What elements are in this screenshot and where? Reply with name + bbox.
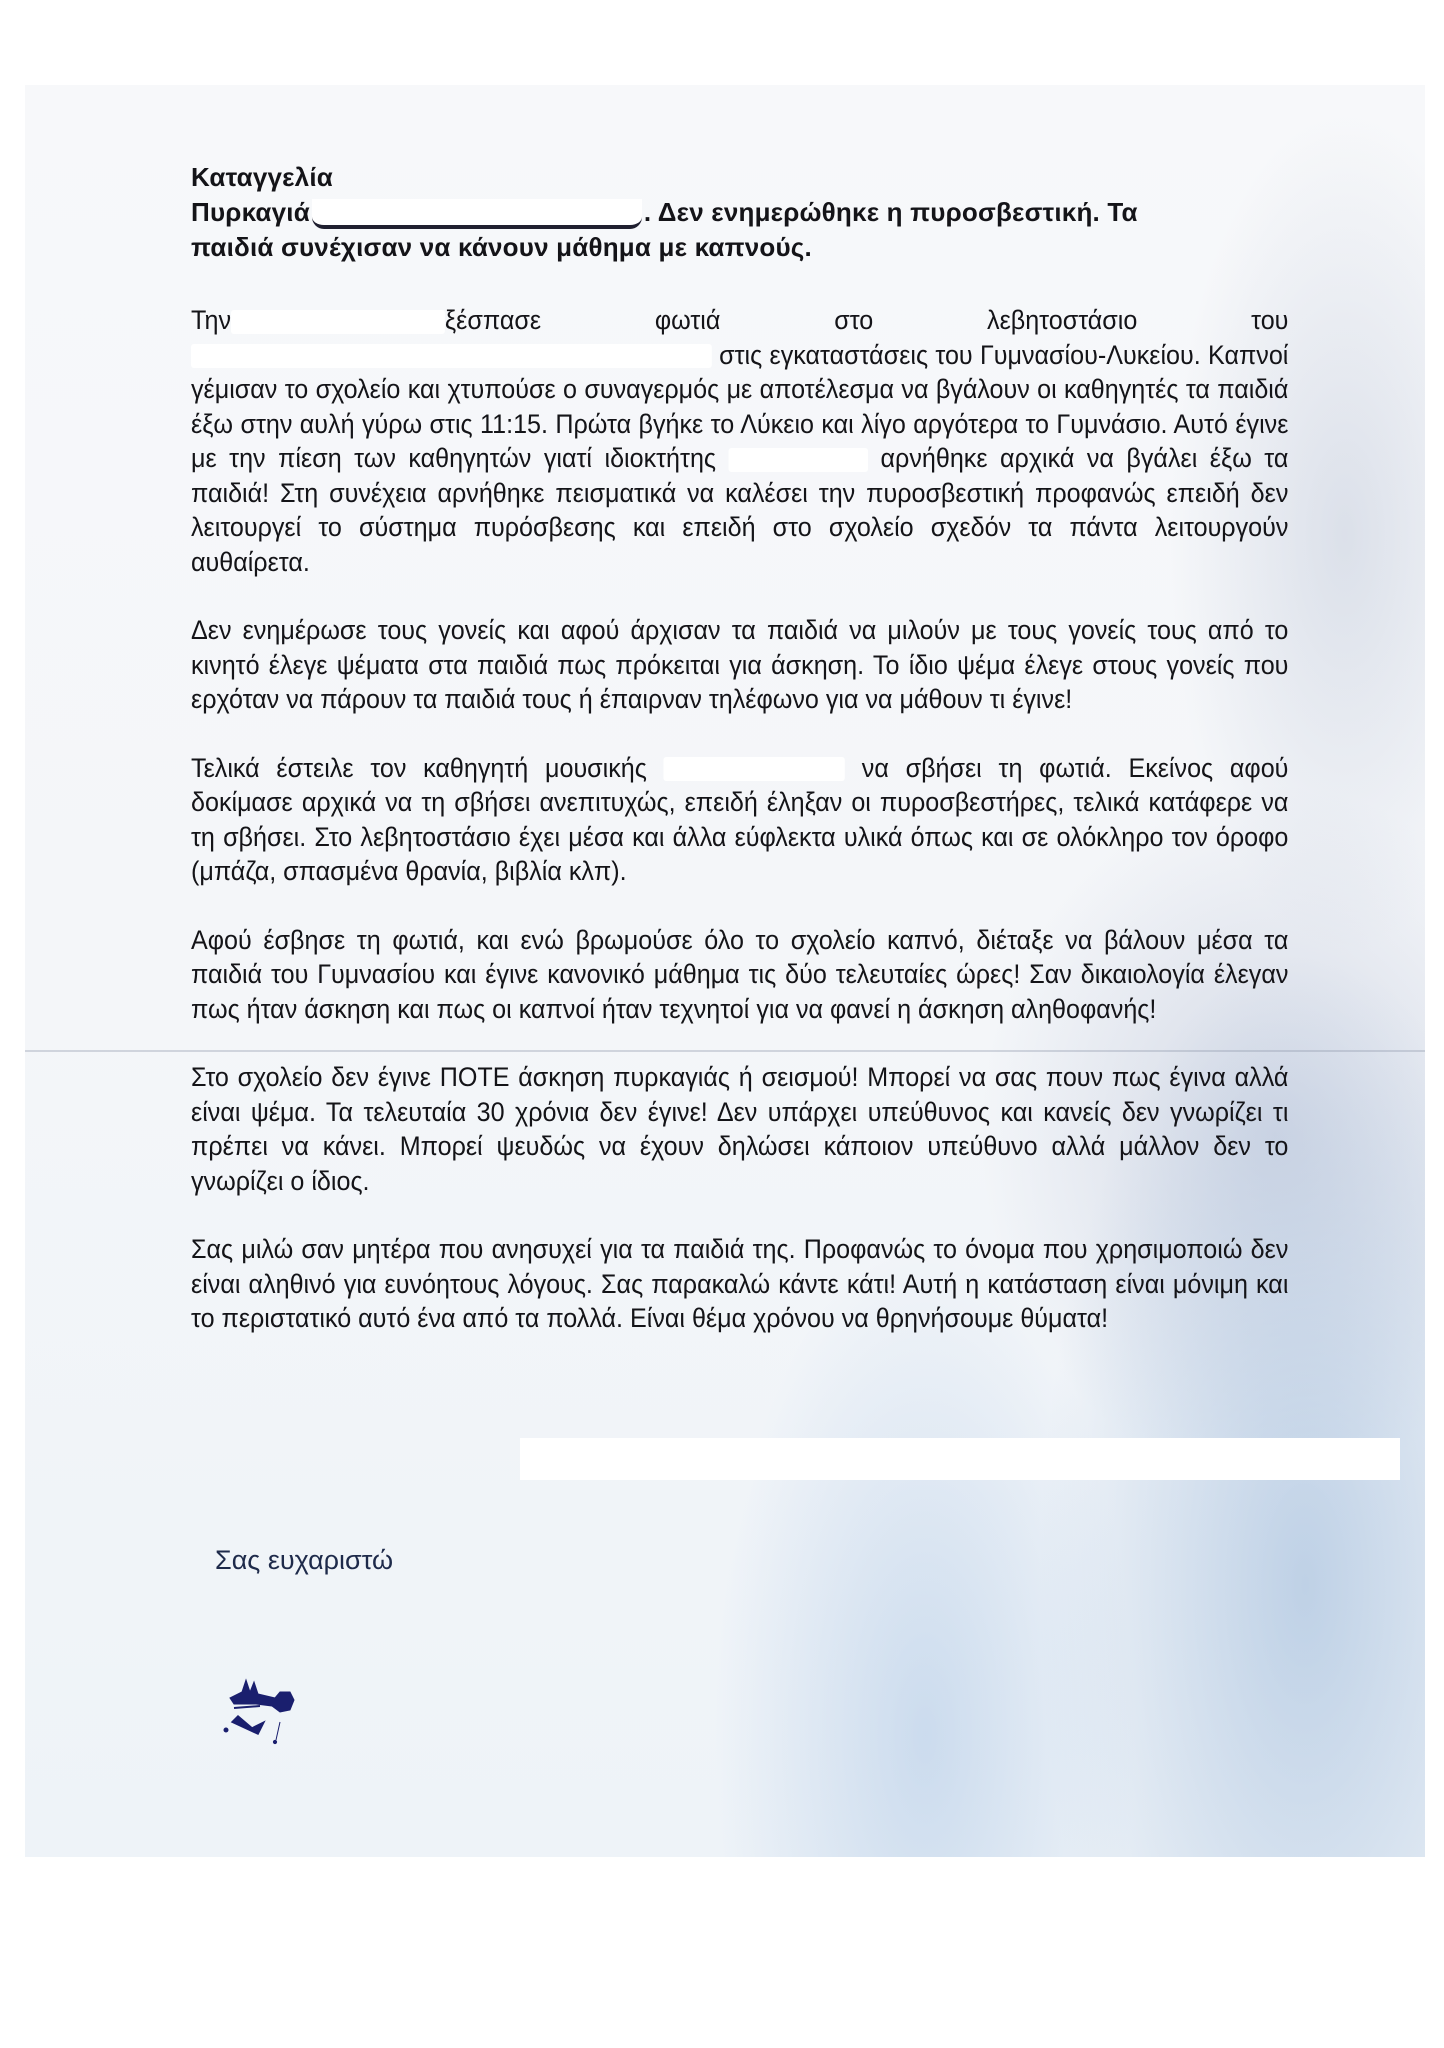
p1-text-d: ιδιοκτήτης bbox=[604, 443, 716, 473]
paragraph-5: Στο σχολείο δεν έγινε ΠΟΤΕ άσκηση πυρκαγ… bbox=[191, 1060, 1288, 1198]
paragraph-4: Αφού έσβησε τη φωτιά, και ενώ βρωμούσε ό… bbox=[191, 923, 1288, 1027]
redacted-owner-name bbox=[729, 448, 869, 472]
letter-heading: Καταγγελία Πυρκαγιά. Δεν ενημερώθηκε η π… bbox=[191, 160, 1289, 265]
p3-text-a: Τελικά έστειλε τον καθηγητή μουσικής bbox=[191, 753, 647, 783]
letter-subtitle-line2: παιδιά συνέχισαν να κάνουν μάθημα με καπ… bbox=[191, 230, 1289, 265]
paragraph-1: Τηνξέσπασε φωτιά στο λεβητοστάσιο του στ… bbox=[191, 303, 1288, 579]
paragraph-2: Δεν ενημέρωσε τους γονείς και αφού άρχισ… bbox=[191, 613, 1288, 717]
letter-subtitle: Πυρκαγιά. Δεν ενημερώθηκε η πυροσβεστική… bbox=[191, 195, 1289, 230]
paragraph-6: Σας μιλώ σαν μητέρα που ανησυχεί για τα … bbox=[191, 1232, 1288, 1336]
letter-title: Καταγγελία bbox=[191, 160, 1289, 195]
p1-text-b: ξέσπασε φωτιά στο λεβητοστάσιο του bbox=[445, 305, 1288, 335]
redaction-whiteout-stroke bbox=[520, 1438, 1400, 1480]
closing-salutation: Σας ευχαριστώ bbox=[215, 1545, 393, 1576]
paragraph-3: Τελικά έστειλε τον καθηγητή μουσικής να … bbox=[191, 751, 1288, 889]
subtitle-prefix: Πυρκαγιά bbox=[191, 197, 310, 227]
handwritten-signature-icon bbox=[220, 1670, 320, 1750]
p1-text-a: Την bbox=[191, 305, 231, 335]
redacted-date bbox=[231, 310, 445, 334]
letter-body: Καταγγελία Πυρκαγιά. Δεν ενημερώθηκε η π… bbox=[191, 160, 1289, 1336]
redacted-school-name bbox=[191, 344, 712, 368]
redacted-location bbox=[312, 199, 642, 229]
subtitle-suffix: . Δεν ενημερώθηκε η πυροσβεστική. Τα bbox=[644, 197, 1138, 227]
redacted-teacher-name bbox=[664, 757, 845, 781]
